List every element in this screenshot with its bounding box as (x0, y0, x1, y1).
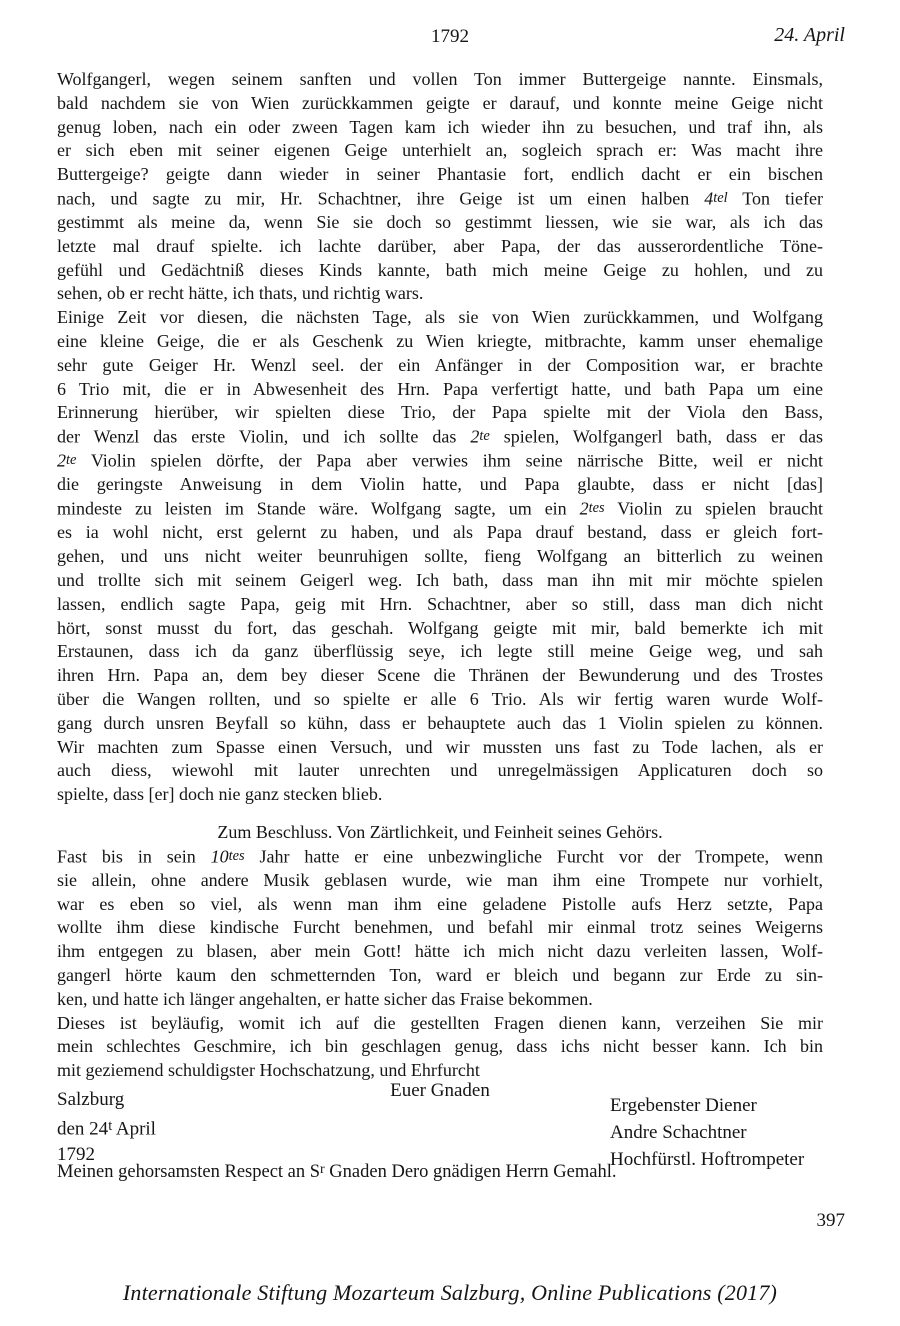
body-text-line: bald nachdem sie von Wien zurückkammen g… (57, 92, 823, 116)
closing-line-title: Hochfürstl. Hoftrompeter (610, 1146, 804, 1173)
body-text-line: ihren Hrn. Papa an, dem bey dieser Scene… (57, 664, 823, 688)
closing-line-diener: Ergebenster Diener (610, 1092, 804, 1119)
text-run: Violin zu spielen braucht (605, 499, 823, 519)
text-run: Jahr hatte er eine unbezwingliche Furcht… (245, 846, 823, 866)
superscript-text: te (66, 452, 76, 468)
body-text-line: gang durch unsren Beyfall so kühn, dass … (57, 712, 823, 736)
header-date: 24. April (774, 24, 845, 47)
closing-line-name: Andre Schachtner (610, 1119, 804, 1146)
superscript-text: tel (713, 190, 727, 206)
body-text-line: die geringste Anweisung in dem Violin ha… (57, 473, 823, 497)
body-text-line: Einige Zeit vor diesen, die nächsten Tag… (57, 306, 823, 330)
body-text-line: eine kleine Geige, die er als Geschenk z… (57, 330, 823, 354)
text-run: nach, und sagte zu mir, Hr. Schachtner, … (57, 188, 704, 208)
superscript-text: 10 (211, 846, 229, 866)
body-text-line: und trollte sich mit seinem Geigerl weg.… (57, 569, 823, 593)
body-text-line: genug loben, nach ein oder zween Tagen k… (57, 116, 823, 140)
body-text-line: nach, und sagte zu mir, Hr. Schachtner, … (57, 187, 823, 211)
body-text-line: mein schlechtes Geschmire, ich bin gesch… (57, 1035, 823, 1059)
text-run: der Wenzl das erste Violin, und ich soll… (57, 427, 470, 447)
signature-closing: Ergebenster Diener Andre Schachtner Hoch… (610, 1092, 804, 1173)
body-text-line: gefühl und Gedächtniß dieses Kinds kannt… (57, 259, 823, 283)
body-text-line: sie allein, ohne andere Musik geblasen w… (57, 869, 823, 893)
signature-place-date: Salzburg den 24t April 1792 (57, 1087, 156, 1168)
text-run: den 24 (57, 1118, 108, 1139)
section-heading: Zum Beschluss. Von Zärtlichkeit, und Fei… (57, 821, 823, 845)
signature-place: Salzburg (57, 1087, 156, 1113)
text-run: Meinen gehorsamsten Respect an S (57, 1162, 320, 1182)
body-text-line: auch diess, wiewohl mit lauter unrechten… (57, 759, 823, 783)
body-text-line: war es eben so viel, als wenn man ihm ei… (57, 893, 823, 917)
publication-footer: Internationale Stiftung Mozarteum Salzbu… (0, 1280, 900, 1306)
postscript-line: Meinen gehorsamsten Respect an Sr Gnaden… (57, 1162, 616, 1183)
body-text-line: sehen, ob er recht hätte, ich thats, und… (57, 282, 823, 306)
body-text-line: er sich eben mit seiner eigenen Geige un… (57, 139, 823, 163)
superscript-text: tes (229, 848, 245, 864)
body-text-line: 2te Violin spielen dörfte, der Papa aber… (57, 449, 823, 473)
body-text-line: mindeste zu leisten im Stande wäre. Wolf… (57, 497, 823, 521)
body-text-line: Buttergeige? geigte dann wieder in seine… (57, 163, 823, 187)
superscript-text: 2 (470, 427, 479, 447)
body-text-line: 6 Trio mit, die er in Abwesenheit des Hr… (57, 378, 823, 402)
text-run: Fast bis in sein (57, 846, 211, 866)
body-text-line: über die Wangen rollten, und so spielte … (57, 688, 823, 712)
body-text-line: Erinnerung hierüber, wir spielten diese … (57, 401, 823, 425)
body-text-line: ken, und hatte ich länger angehalten, er… (57, 988, 823, 1012)
text-run: Gnaden Dero gnädigen Herrn Gemahl. (325, 1162, 617, 1182)
body-text-line: hört, sonst musst du fort, das geschah. … (57, 617, 823, 641)
body-text-line: es ia wohl nicht, erst gelernt zu haben,… (57, 521, 823, 545)
superscript-text: 2 (57, 451, 66, 471)
body-text-line: Wir machten zum Spasse einen Versuch, un… (57, 736, 823, 760)
superscript-text: 2 (580, 499, 589, 519)
signature-date: den 24t April (57, 1113, 156, 1142)
body-text-line: gestimmt als meine da, wenn Sie sie doch… (57, 211, 823, 235)
body-text-line: ihm entgegen zu blasen, aber mein Gott! … (57, 940, 823, 964)
text-run: spielen, Wolfgangerl bath, dass er das (490, 427, 823, 447)
body-text-line: sehr gute Geiger Hr. Wenzl seel. der ein… (57, 354, 823, 378)
superscript-text: te (479, 428, 489, 444)
letter-body: Wolfgangerl, wegen seinem sanften und vo… (57, 68, 823, 1083)
text-run: April (112, 1118, 156, 1139)
body-text-line: letzte mal drauf spielte. ich lachte dar… (57, 235, 823, 259)
body-text-line: der Wenzl das erste Violin, und ich soll… (57, 425, 823, 449)
page-number: 397 (817, 1210, 846, 1232)
body-text-line: Wolfgangerl, wegen seinem sanften und vo… (57, 68, 823, 92)
body-text-line: gehen, und uns nicht weiter beunruhigen … (57, 545, 823, 569)
header-year: 1792 (0, 26, 900, 48)
body-text-line: gangerl hörte kaum den schmetternden Ton… (57, 964, 823, 988)
superscript-text: tes (589, 500, 605, 516)
text-run: Ton tiefer (728, 188, 823, 208)
scanned-document-page: 1792 24. April Wolfgangerl, wegen seinem… (0, 0, 900, 1326)
body-text-line: Dieses ist beyläufig, womit ich auf die … (57, 1012, 823, 1036)
body-text-line: lassen, endlich sagte Papa, geig mit Hrn… (57, 593, 823, 617)
body-text-line: wollte ihm diese kindische Furcht benehm… (57, 916, 823, 940)
body-text-line: Fast bis in sein 10tes Jahr hatte er ein… (57, 845, 823, 869)
body-text-line: spielte, dass [er] doch nie ganz stecken… (57, 783, 823, 807)
superscript-text: 4 (704, 188, 713, 208)
text-run: mindeste zu leisten im Stande wäre. Wolf… (57, 499, 580, 519)
text-run: Violin spielen dörfte, der Papa aber ver… (76, 451, 823, 471)
body-text-line: Erstaunen, dass ich da ganz überflüssig … (57, 640, 823, 664)
